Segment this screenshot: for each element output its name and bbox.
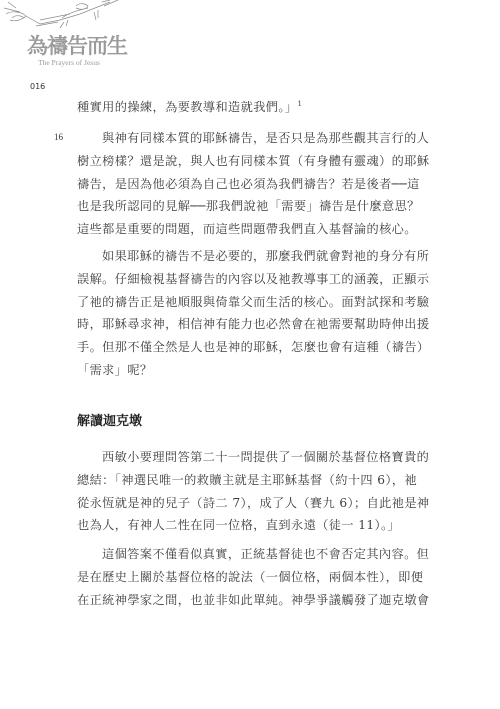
text-line: 如果耶穌的禱告不是必要的，那麼我們就會對祂的身分有所	[77, 245, 443, 268]
text-line: 樹立榜樣？還是說，與人也有同樣本質（有身體有靈魂）的耶穌	[77, 150, 443, 173]
text-line: 總結：「神選民唯一的救贖主就是主耶穌基督（約十四 6），祂	[77, 469, 443, 492]
text-line: 這些都是重要的問題，而這些問題帶我們直入基督論的核心。	[77, 218, 443, 241]
text-line: 西敏小要理問答第二十一問提供了一個關於基督位格寶貴的	[77, 446, 443, 469]
text-line: 種實用的操練，為要教導和造就我們。」1	[77, 96, 443, 119]
footnote-ref[interactable]: 1	[297, 100, 302, 108]
text-line: 禱告，是因為他必須為自己也必須為我們禱告？若是後者──這	[77, 173, 443, 196]
paragraph-1: 與神有同樣本質的耶穌禱告，是否只是為那些觀其言行的人 樹立榜樣？還是說，與人也有…	[77, 127, 443, 241]
text-line: 也為人，有神人二性在同一位格，直到永遠（徒一 11）。」	[77, 514, 443, 537]
book-title: 為禱告而生	[27, 30, 127, 60]
text-line: 誤解。仔細檢視基督禱告的內容以及祂教導事工的涵義，正顯示	[77, 268, 443, 291]
page-number: 016	[30, 82, 45, 91]
text-line: 手。但那不僅全然是人也是神的耶穌，怎麼也會有這種（禱告）	[77, 336, 443, 359]
text-line: 從永恆就是神的兒子（詩二 7），成了人（賽九 6）；自此祂是神	[77, 492, 443, 515]
continuation-paragraph: 種實用的操練，為要教導和造就我們。」1	[77, 96, 443, 119]
paragraph-4: 這個答案不僅看似真實，正統基督徒也不會否定其內容。但 是在歷史上關於基督位格的說…	[77, 543, 443, 611]
section-heading: 解讀迦克墩	[77, 410, 142, 429]
text-line: 時，耶穌尋求神，相信神有能力也必然會在祂需要幫助時伸出援	[77, 313, 443, 336]
text-line: 在正統神學家之間，也並非如此單純。神學爭議觸發了迦克墩會	[77, 589, 443, 612]
text-line: 「需求」呢？	[77, 359, 443, 382]
text-line: 是在歷史上關於基督位格的說法（一個位格，兩個本性），即便	[77, 566, 443, 589]
text-line: 也是我所認同的見解──那我們說祂「需要」禱告是什麼意思？	[77, 195, 443, 218]
text-line: 與神有同樣本質的耶穌禱告，是否只是為那些觀其言行的人	[77, 127, 443, 150]
text-line: 這個答案不僅看似真實，正統基督徒也不會否定其內容。但	[77, 543, 443, 566]
margin-number: 16	[54, 132, 63, 142]
book-subtitle: The Prayers of Jesus	[38, 58, 100, 67]
text-line: 了祂的禱告正是祂順服與倚靠父而生活的核心。面對試探和考驗	[77, 291, 443, 314]
paragraph-2: 如果耶穌的禱告不是必要的，那麼我們就會對祂的身分有所 誤解。仔細檢視基督禱告的內…	[77, 245, 443, 382]
paragraph-3: 西敏小要理問答第二十一問提供了一個關於基督位格寶貴的 總結：「神選民唯一的救贖主…	[77, 446, 443, 537]
